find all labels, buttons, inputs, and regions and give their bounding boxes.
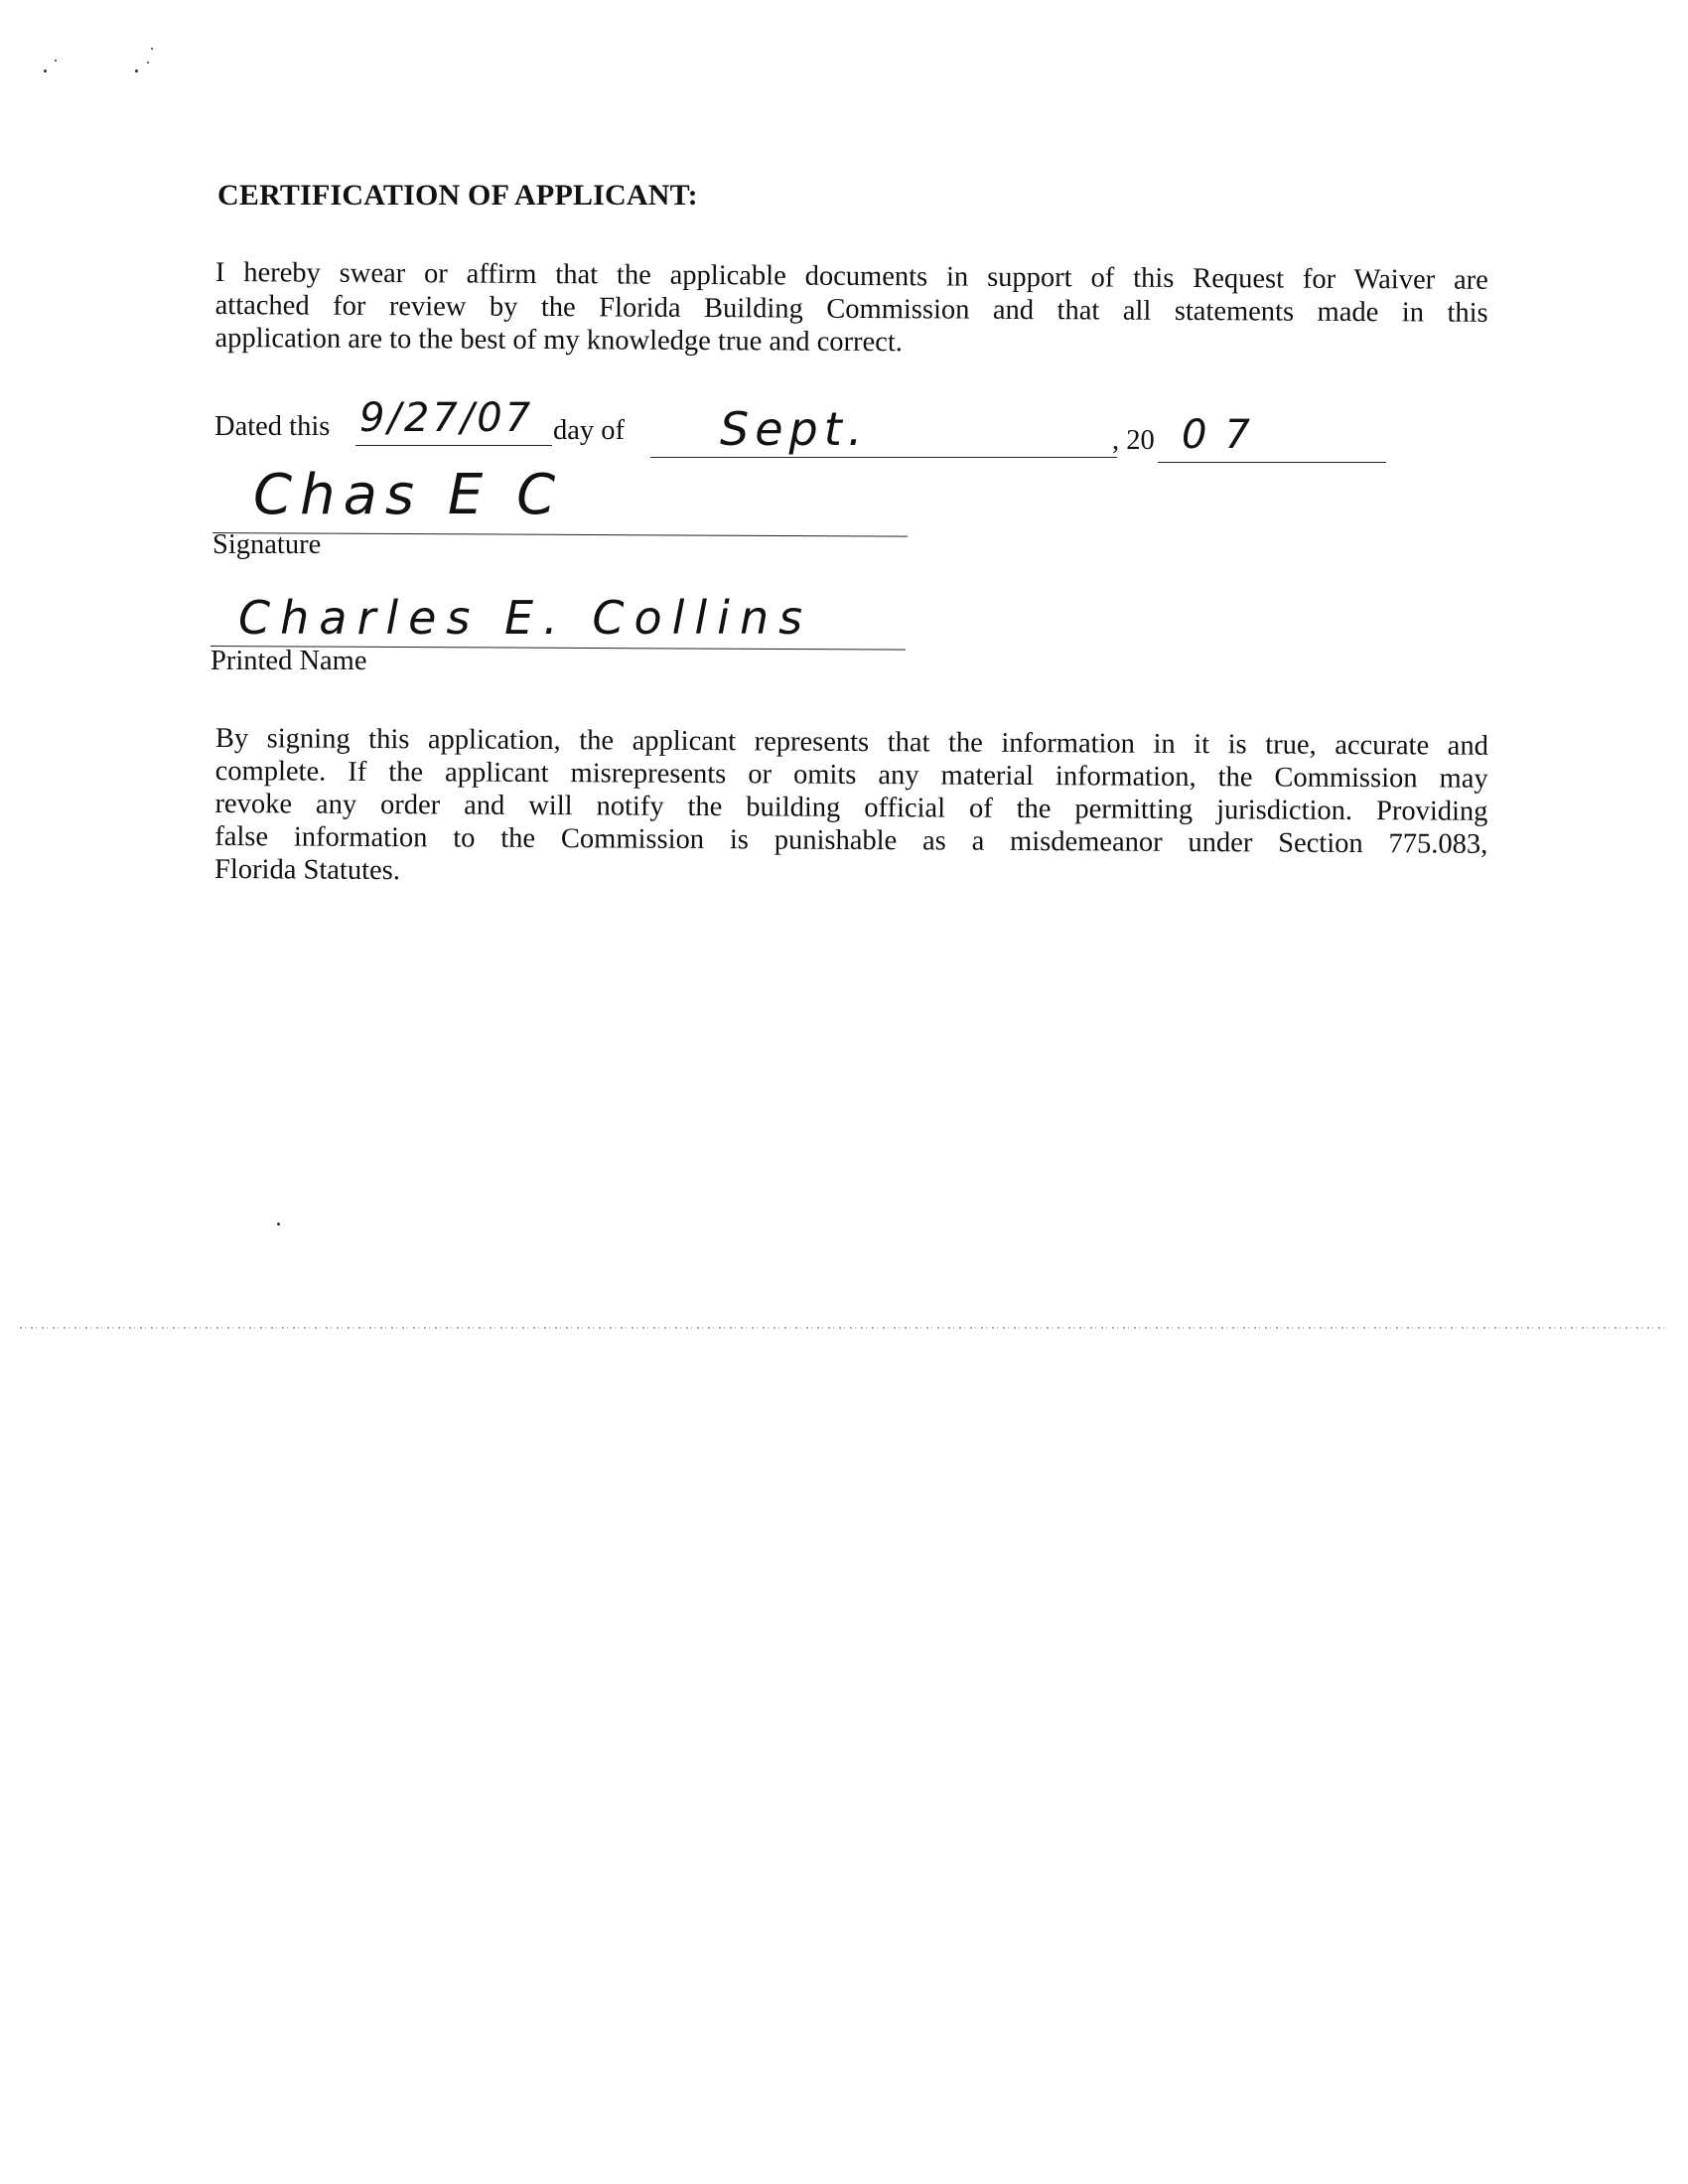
scan-speck <box>151 48 153 50</box>
scan-speck <box>55 60 57 62</box>
printed-name-field[interactable]: Charles E. Collins <box>238 591 812 645</box>
scan-speck <box>147 62 149 64</box>
year-prefix-label: , 20 <box>1112 425 1155 457</box>
month-field[interactable]: Sept. <box>720 402 868 456</box>
printed-name-label: Printed Name <box>211 646 367 677</box>
scan-artifact-dotted-line <box>20 1327 1668 1329</box>
signature-field[interactable]: Chas E C <box>253 463 563 527</box>
page-title: CERTIFICATION OF APPLICANT: <box>217 179 698 213</box>
scan-speck <box>277 1223 280 1226</box>
scan-speck <box>135 70 138 73</box>
month-field-underline <box>650 457 1117 458</box>
scan-speck <box>44 70 47 73</box>
day-field-underline <box>355 445 552 446</box>
dated-this-label: Dated this <box>214 411 330 443</box>
day-of-label: day of <box>553 415 625 447</box>
year-field-underline <box>1158 462 1386 463</box>
certification-paragraph: I hereby swear or affirm that the applic… <box>214 256 1488 363</box>
year-field[interactable]: 07 <box>1182 412 1268 458</box>
disclaimer-paragraph: By signing this application, the applica… <box>214 722 1488 894</box>
day-field[interactable]: 9/27/07 <box>359 395 533 441</box>
signature-label: Signature <box>212 529 321 561</box>
